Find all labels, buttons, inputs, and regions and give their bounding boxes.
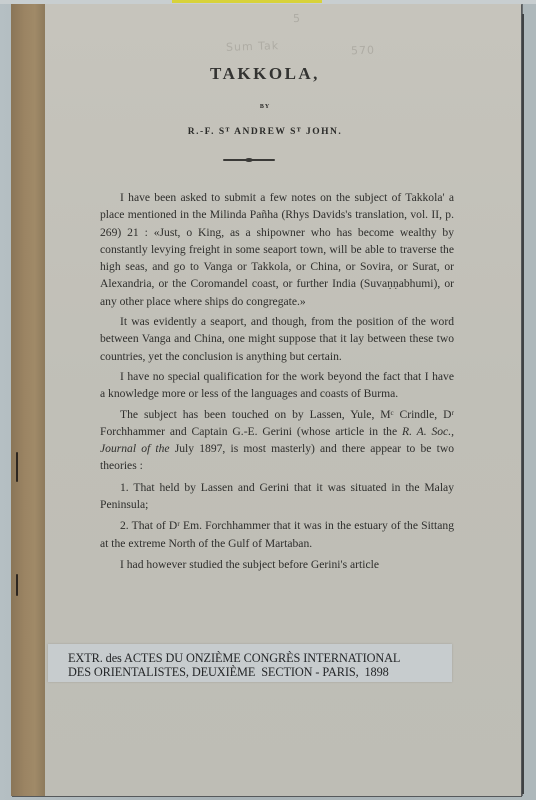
paragraph-text: I have no special qualification for the …: [100, 370, 454, 400]
paragraph-text: It was evidently a seaport, and though, …: [100, 315, 454, 363]
paragraph-text: I had however studied the subject before…: [120, 558, 379, 571]
paragraph: I have been asked to submit a few notes …: [100, 189, 454, 310]
author-name: R.-F. Sᵀ ANDREW Sᵀ JOHN.: [27, 127, 503, 137]
paragraph-text: 1. That held by Lassen and Gerini that i…: [100, 481, 454, 511]
paragraph-text: I have been asked to submit a few notes …: [100, 191, 454, 308]
label-line-2: DES ORIENTALISTES, DEUXIÈME SECTION - PA…: [68, 665, 448, 679]
pamphlet-cover: 5 Sum Tak 570 TAKKOLA, BY R.-F. Sᵀ ANDRE…: [11, 4, 521, 796]
spine-binding: [11, 4, 45, 796]
paragraph: I have no special qualification for the …: [100, 368, 454, 403]
yellow-tape: [172, 0, 322, 3]
label-line-1: EXTR. des ACTES DU ONZIÈME CONGRÈS INTER…: [68, 651, 448, 665]
byline: BY: [27, 104, 503, 110]
paragraph: The subject has been touched on by Lasse…: [100, 406, 454, 475]
paragraph-text: The subject has been touched on by Lasse…: [100, 408, 454, 438]
body-text: I have been asked to submit a few notes …: [100, 189, 454, 573]
label-text: EXTR. des ACTES DU ONZIÈME CONGRÈS INTER…: [68, 651, 448, 679]
pasted-label: EXTR. des ACTES DU ONZIÈME CONGRÈS INTER…: [48, 644, 452, 682]
stitch-mark: [16, 452, 18, 482]
paragraph: 1. That held by Lassen and Gerini that i…: [100, 479, 454, 514]
stitch-mark: [16, 574, 18, 596]
paragraph-text: 2. That of Dʳ Em. Forchhammer that it wa…: [100, 519, 454, 549]
document-title: TAKKOLA,: [27, 64, 503, 84]
ornamental-rule: [223, 159, 275, 161]
paragraph: I had however studied the subject before…: [100, 556, 454, 573]
paragraph: 2. That of Dʳ Em. Forchhammer that it wa…: [100, 517, 454, 552]
paragraph: It was evidently a seaport, and though, …: [100, 313, 454, 365]
